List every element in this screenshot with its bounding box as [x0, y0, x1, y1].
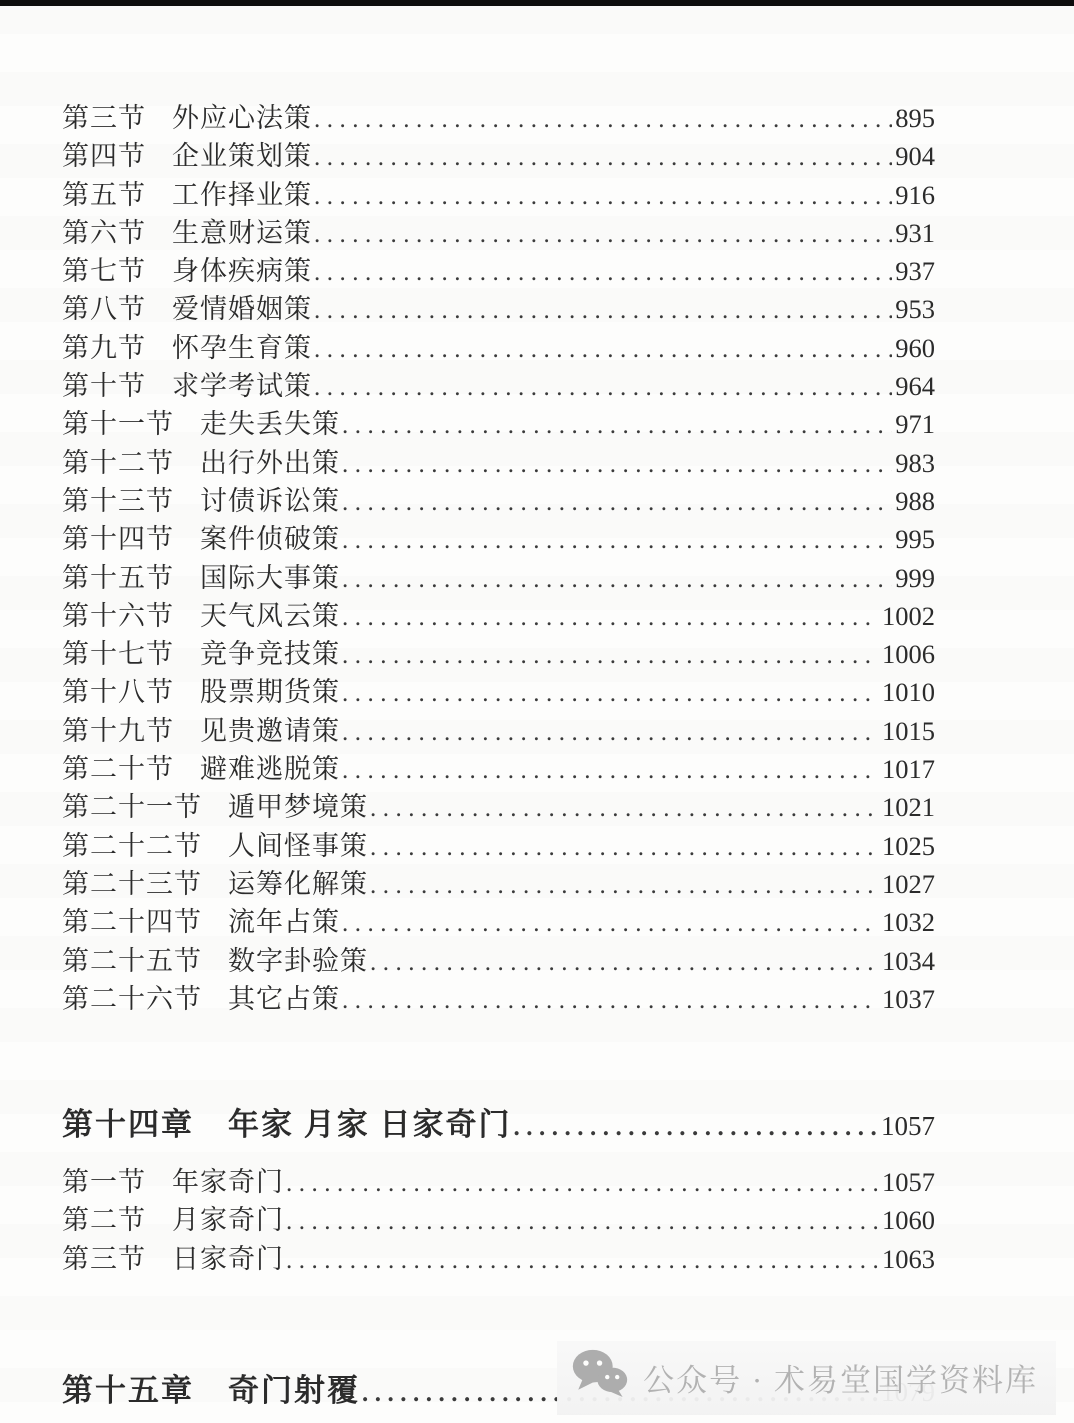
section-label: 第十七节 — [62, 636, 174, 672]
dot-leader — [314, 368, 892, 406]
dot-leader — [342, 751, 879, 789]
toc-row: 第十三节 讨债诉讼策 988 — [62, 483, 935, 521]
page-number: 953 — [895, 291, 935, 327]
dot-leader — [342, 713, 879, 751]
toc-row: 第七节 身体疾病策 937 — [62, 253, 935, 291]
chapter-14-sections: 第一节 年家奇门 1057 第二节 月家奇门 1060 第三节 日家奇门 — [62, 1164, 935, 1279]
dot-leader — [342, 560, 892, 598]
dot-leader — [342, 981, 879, 1019]
toc-row: 第四节 企业策划策 904 — [62, 138, 935, 176]
section-label: 第二十一节 — [62, 789, 202, 825]
page-number: 904 — [895, 138, 935, 174]
toc-list: 第三节 外应心法策 895 第四节 企业策划策 904 第五节 工作择业策 — [62, 100, 935, 1019]
section-title: 数字卦验策 — [228, 943, 368, 979]
dot-leader — [314, 138, 892, 176]
page-number: 1025 — [882, 828, 935, 864]
section-label: 第二节 — [62, 1202, 146, 1238]
section-label: 第二十四节 — [62, 904, 202, 940]
section-title: 外应心法策 — [172, 100, 312, 136]
toc-row: 第十六节 天气风云策 1002 — [62, 598, 935, 636]
dot-leader — [342, 598, 879, 636]
dot-leader — [314, 291, 892, 329]
section-title: 日家奇门 — [172, 1241, 284, 1277]
page-number: 983 — [895, 445, 935, 481]
toc-row: 第一节 年家奇门 1057 — [62, 1164, 935, 1202]
toc-row: 第六节 生意财运策 931 — [62, 215, 935, 253]
section-title: 天气风云策 — [200, 598, 340, 634]
section-title: 人间怪事策 — [228, 828, 368, 864]
dot-leader — [286, 1241, 879, 1279]
dot-leader — [514, 1103, 879, 1150]
dot-leader — [370, 828, 879, 866]
toc-row: 第二十三节 运筹化解策 1027 — [62, 866, 935, 904]
section-label: 第十五节 — [62, 560, 174, 596]
chapter-title: 年家 月家 日家奇门 — [228, 1103, 512, 1147]
section-title: 运筹化解策 — [228, 866, 368, 902]
dot-leader — [342, 674, 879, 712]
section-label: 第三节 — [62, 1241, 146, 1277]
section-title: 企业策划策 — [172, 138, 312, 174]
page-number: 964 — [895, 368, 935, 404]
dot-leader — [370, 866, 879, 904]
toc-row: 第十一节 走失丢失策 971 — [62, 406, 935, 444]
page-number: 995 — [895, 521, 935, 557]
dot-leader — [370, 943, 879, 981]
page-number: 1010 — [882, 674, 935, 710]
page-number: 1021 — [882, 789, 935, 825]
section-title: 怀孕生育策 — [172, 330, 312, 366]
section-title: 年家奇门 — [172, 1164, 284, 1200]
toc-row: 第十八节 股票期货策 1010 — [62, 674, 935, 712]
section-title: 股票期货策 — [200, 674, 340, 710]
section-title: 避难逃脱策 — [200, 751, 340, 787]
page-number: 999 — [895, 560, 935, 596]
section-title: 身体疾病策 — [172, 253, 312, 289]
section-label: 第十节 — [62, 368, 146, 404]
page-number: 1032 — [882, 904, 935, 940]
dot-leader — [370, 789, 879, 827]
chapter-14-heading: 第十四章 年家 月家 日家奇门 1057 — [62, 1103, 935, 1150]
section-label: 第十九节 — [62, 713, 174, 749]
page-number: 988 — [895, 483, 935, 519]
wechat-icon — [571, 1349, 629, 1405]
dot-leader — [314, 215, 892, 253]
toc-row: 第二十五节 数字卦验策 1034 — [62, 943, 935, 981]
dot-leader — [314, 100, 892, 138]
section-label: 第二十六节 — [62, 981, 202, 1017]
section-title: 出行外出策 — [200, 445, 340, 481]
dot-leader — [342, 636, 879, 674]
toc-row: 第十七节 竞争竞技策 1006 — [62, 636, 935, 674]
page-number: 1034 — [882, 943, 935, 979]
section-title: 国际大事策 — [200, 560, 340, 596]
section-title: 爱情婚姻策 — [172, 291, 312, 327]
section-label: 第四节 — [62, 138, 146, 174]
toc-row: 第三节 日家奇门 1063 — [62, 1241, 935, 1279]
section-label: 第二十三节 — [62, 866, 202, 902]
section-label: 第十二节 — [62, 445, 174, 481]
watermark: 公众号 · 术易堂国学资料库 — [557, 1341, 1056, 1415]
toc-row: 第三节 外应心法策 895 — [62, 100, 935, 138]
dot-leader — [342, 521, 892, 559]
dot-leader — [342, 406, 892, 444]
toc-row: 第十九节 见贵邀请策 1015 — [62, 713, 935, 751]
section-label: 第十八节 — [62, 674, 174, 710]
section-label: 第二十五节 — [62, 943, 202, 979]
section-title: 生意财运策 — [172, 215, 312, 251]
toc-row: 第十五节 国际大事策 999 — [62, 560, 935, 598]
section-label: 第六节 — [62, 215, 146, 251]
page-number: 1002 — [882, 598, 935, 634]
page-number: 960 — [895, 330, 935, 366]
toc-row: 第八节 爱情婚姻策 953 — [62, 291, 935, 329]
section-label: 第八节 — [62, 291, 146, 327]
dot-leader — [314, 330, 892, 368]
chapter-label: 第十四章 — [62, 1103, 194, 1147]
section-label: 第十三节 — [62, 483, 174, 519]
chapter-title: 奇门射覆 — [228, 1369, 360, 1413]
page-number: 1060 — [882, 1202, 935, 1238]
section-title: 求学考试策 — [172, 368, 312, 404]
page-number: 1057 — [881, 1104, 935, 1148]
page-number: 1037 — [882, 981, 935, 1017]
section-label: 第三节 — [62, 100, 146, 136]
toc-row: 第九节 怀孕生育策 960 — [62, 330, 935, 368]
toc-row: 第十四节 案件侦破策 995 — [62, 521, 935, 559]
toc-row: 第二节 月家奇门 1060 — [62, 1202, 935, 1240]
section-label: 第二十节 — [62, 751, 174, 787]
page-number: 916 — [895, 177, 935, 213]
toc-row: 第二十四节 流年占策 1032 — [62, 904, 935, 942]
scan-edge-bar — [0, 0, 1074, 6]
page-number: 1006 — [882, 636, 935, 672]
dot-leader — [342, 483, 892, 521]
toc-row: 第十节 求学考试策 964 — [62, 368, 935, 406]
section-title: 月家奇门 — [172, 1202, 284, 1238]
dot-leader — [286, 1202, 879, 1240]
toc-row: 第十二节 出行外出策 983 — [62, 445, 935, 483]
section-title: 其它占策 — [228, 981, 340, 1017]
page-number: 895 — [895, 100, 935, 136]
toc-row: 第二十节 避难逃脱策 1017 — [62, 751, 935, 789]
page-number: 971 — [895, 406, 935, 442]
section-label: 第十六节 — [62, 598, 174, 634]
section-label: 第一节 — [62, 1164, 146, 1200]
scanned-toc-page: 第三节 外应心法策 895 第四节 企业策划策 904 第五节 工作择业策 — [0, 0, 1074, 1423]
dot-leader — [342, 445, 892, 483]
dot-leader — [314, 253, 892, 291]
dot-leader — [342, 904, 879, 942]
section-title: 竞争竞技策 — [200, 636, 340, 672]
toc-row: 第二十六节 其它占策 1037 — [62, 981, 935, 1019]
toc-row: 第二十二节 人间怪事策 1025 — [62, 828, 935, 866]
page-number: 1015 — [882, 713, 935, 749]
toc-row: 第二十一节 遁甲梦境策 1021 — [62, 789, 935, 827]
section-title: 工作择业策 — [172, 177, 312, 213]
page-number: 1057 — [882, 1164, 935, 1200]
watermark-text: 公众号 · 术易堂国学资料库 — [643, 1355, 1038, 1400]
page-number: 1027 — [882, 866, 935, 902]
toc-content: 第三节 外应心法策 895 第四节 企业策划策 904 第五节 工作择业策 — [0, 0, 1074, 1416]
section-label: 第二十二节 — [62, 828, 202, 864]
toc-row: 第五节 工作择业策 916 — [62, 177, 935, 215]
section-label: 第九节 — [62, 330, 146, 366]
chapter-label: 第十五章 — [62, 1369, 194, 1413]
page-number: 931 — [895, 215, 935, 251]
page-number: 1063 — [882, 1241, 935, 1277]
page-number: 937 — [895, 253, 935, 289]
section-title: 讨债诉讼策 — [200, 483, 340, 519]
section-label: 第五节 — [62, 177, 146, 213]
dot-leader — [286, 1164, 879, 1202]
page-number: 1017 — [882, 751, 935, 787]
section-title: 遁甲梦境策 — [228, 789, 368, 825]
section-title: 见贵邀请策 — [200, 713, 340, 749]
section-label: 第十四节 — [62, 521, 174, 557]
section-title: 案件侦破策 — [200, 521, 340, 557]
section-title: 流年占策 — [228, 904, 340, 940]
section-label: 第十一节 — [62, 406, 174, 442]
section-label: 第七节 — [62, 253, 146, 289]
section-title: 走失丢失策 — [200, 406, 340, 442]
dot-leader — [314, 177, 892, 215]
